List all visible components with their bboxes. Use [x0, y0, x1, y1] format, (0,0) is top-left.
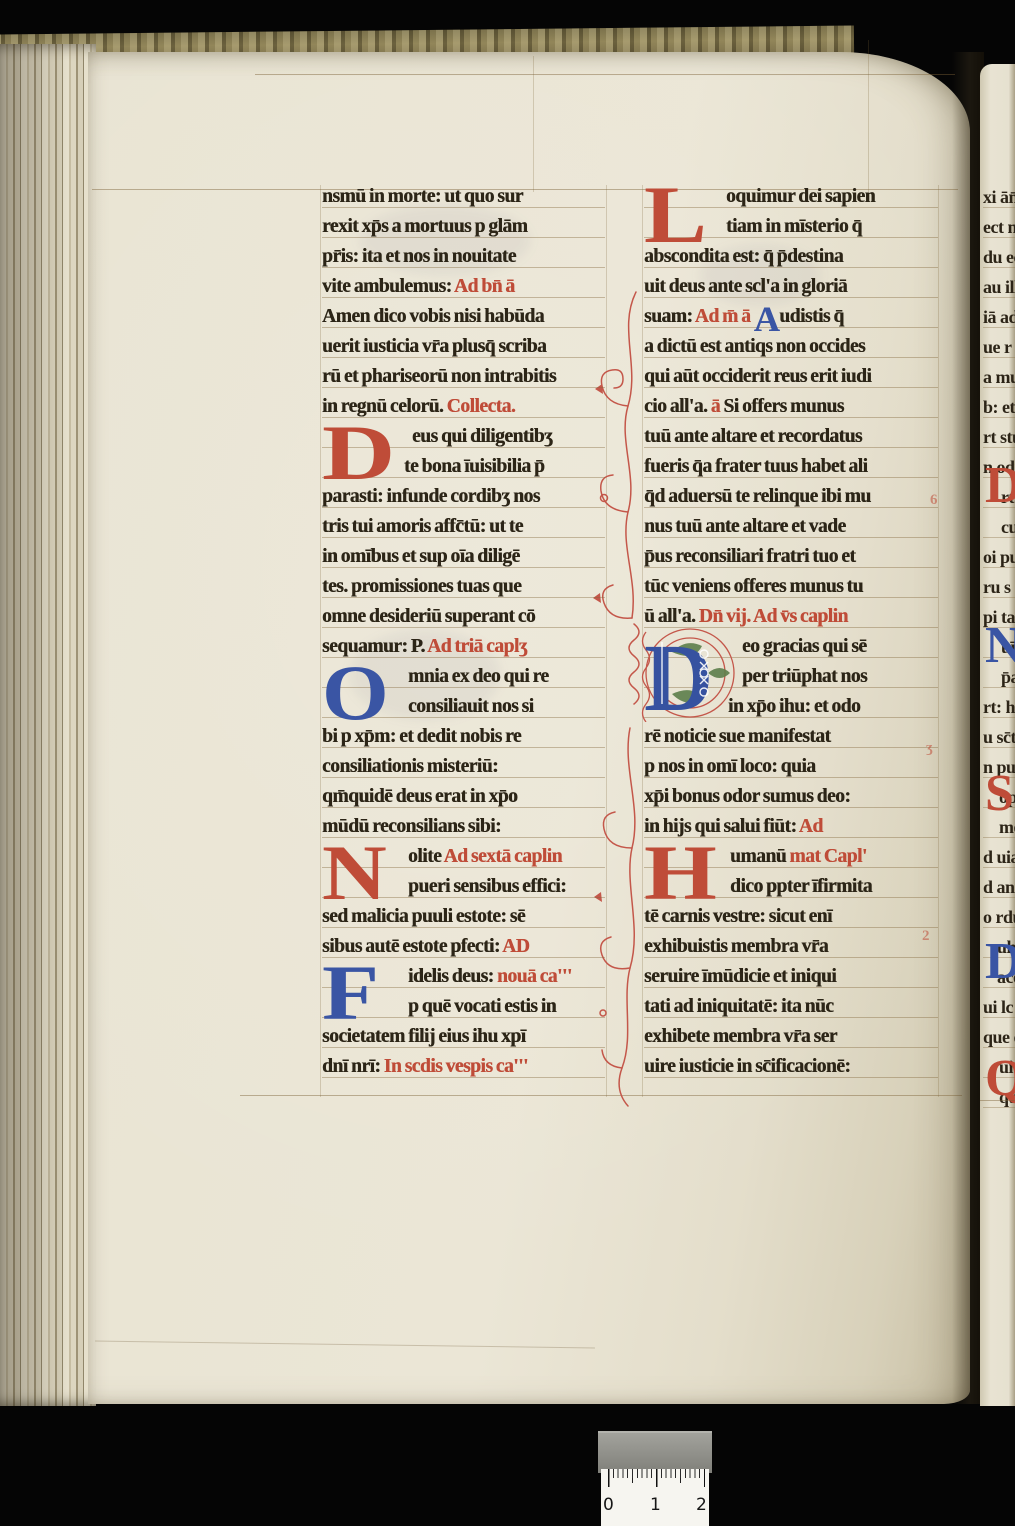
text-segment: dnī nrī: — [322, 1056, 384, 1077]
text-segment: suam: — [644, 306, 695, 327]
facing-initial-N: N — [985, 620, 1015, 672]
manuscript-text-line: uit deus ante scl'a in gloriā — [644, 272, 938, 302]
illuminated-initial-D: D — [322, 414, 395, 492]
facing-initial-Q: Q — [985, 1053, 1015, 1105]
manuscript-text-line: uerit iusticia vr̄a plusq̄ scriba — [322, 332, 605, 362]
text-segment: exhibete membra vr̄a ser — [644, 1026, 837, 1047]
text-segment: nus tuū ante altare et vade — [644, 516, 846, 537]
text-segment: uit deus ante scl'a in gloriā — [644, 276, 847, 297]
manuscript-text-line: qm̄quidē deus erat in xp̄o — [322, 782, 605, 812]
text-segment: dico ppter īfirmita — [730, 876, 872, 897]
facing-text-fragment: d uia cm — [983, 842, 1015, 872]
facing-initial-S: S — [985, 768, 1013, 820]
facing-bottom-rule — [980, 1100, 1015, 1101]
text-segment: rū et phariseorū non intrabitis — [322, 366, 556, 387]
facing-text-fragment: rt studio — [983, 422, 1015, 452]
manuscript-text-line: tuū ante altare et recordatus — [644, 422, 938, 452]
facing-page-strip: xi ān̄d aect nū uhdu ectū cōau illus uoi… — [980, 64, 1015, 1406]
illuminated-initial-F: F — [322, 954, 379, 1032]
facing-text-fragment: a muio — [983, 362, 1015, 392]
text-segment: AD — [502, 936, 529, 957]
text-segment: consiliationis misteriū: — [322, 756, 498, 777]
text-segment: rexit xp̄s a mortuus p glām — [322, 216, 527, 237]
text-segment: Ad m̄ ā — [695, 306, 754, 327]
right-text-column: D oquimur dei sapientiam in mīsterio q̄a… — [644, 182, 938, 1082]
manuscript-text-line: tūc veniens offeres munus tu — [644, 572, 938, 602]
text-segment: xp̄i bonus odor sumus deo: — [644, 786, 850, 807]
text-segment: oquimur dei sapien — [726, 186, 875, 207]
text-segment: Ad bn̄ ā — [454, 276, 515, 297]
facing-text-fragment: ui lc — [983, 992, 1015, 1022]
manuscript-text-line: seruire īmūdicie et iniqui — [644, 962, 938, 992]
facing-text-fragment: rt: heb — [983, 692, 1015, 722]
column-rule — [938, 185, 939, 1097]
text-segment: p quē vocati estis in — [408, 996, 556, 1017]
text-segment: Amen dico vobis nisi habūda — [322, 306, 544, 327]
text-segment: seruire īmūdicie et iniqui — [644, 966, 836, 987]
manuscript-text-line: vite ambulemus: Ad bn̄ ā — [322, 272, 605, 302]
facing-text-fragment: d anid: s — [983, 872, 1015, 902]
text-segment: uerit iusticia vr̄a plusq̄ scriba — [322, 336, 546, 357]
text-segment: uire iusticie in sc̄ificacionē: — [644, 1056, 850, 1077]
text-segment: qm̄quidē deus erat in xp̄o — [322, 786, 517, 807]
text-segment: tris tui amoris affc̄tū: ut te — [322, 516, 523, 537]
manuscript-text-line: pr̄is: ita et nos in nouitate — [322, 242, 605, 272]
manuscript-text-line: q̄d aduersū te relinque ibi mu — [644, 482, 938, 512]
page-stack-edges — [0, 44, 96, 1406]
manuscript-text-line: rē noticie sue manifestat — [644, 722, 938, 752]
text-segment: eus qui diligentibʒ — [412, 426, 553, 447]
manuscript-text-line: p̄us reconsiliari fratri tuo et — [644, 542, 938, 572]
ruler-cm-ticks — [608, 1469, 705, 1487]
manuscript-text-line: in omībus et sup oīa diligē — [322, 542, 605, 572]
text-segment: rē noticie sue manifestat — [644, 726, 831, 747]
ruler-label-0: 0 — [603, 1495, 614, 1515]
text-segment: vite ambulemus: — [322, 276, 454, 297]
manuscript-text-line: exhibuistis membra vr̄a — [644, 932, 938, 962]
manuscript-text-line: rū et phariseorū non intrabitis — [322, 362, 605, 392]
facing-text-fragment: b: et nuo — [983, 392, 1015, 422]
manuscript-text-line: dnī nrī: In scdis vespis ca''' — [322, 1052, 605, 1082]
text-segment: In scdis vespis ca''' — [384, 1056, 528, 1077]
text-segment: p nos in omī loco: quia — [644, 756, 816, 777]
facing-text-fragment: au illus uo — [983, 272, 1015, 302]
text-segment: pr̄is: ita et nos in nouitate — [322, 246, 516, 267]
facing-text-fragment: cu — [983, 512, 1015, 542]
text-segment: eo gracias qui sē — [742, 636, 866, 657]
text-segment: Ad — [799, 816, 823, 837]
manuscript-text-line: suam: Ad m̄ ā Audistis q̄ — [644, 302, 938, 332]
manuscript-photo: nsmū in morte: ut quo surrexit xp̄s a mo… — [0, 0, 1015, 1526]
text-segment: Ad sextā caplin — [444, 846, 562, 867]
manuscript-text-line: tati ad iniquitatē: ita nūc — [644, 992, 938, 1022]
text-segment: omne desideriū superant cō — [322, 606, 535, 627]
facing-text-fragment: du ectū cō — [983, 242, 1015, 272]
margin-pen-mark: 6 — [930, 492, 938, 509]
facing-initial-D: D — [985, 460, 1015, 512]
ruler-label-1: 1 — [650, 1495, 661, 1515]
manuscript-text-line: nsmū in morte: ut quo sur — [322, 182, 605, 212]
text-segment: Ad triā caplʒ — [427, 636, 527, 657]
facing-text-fragment: u sc̄taem — [983, 722, 1015, 752]
illuminated-initial-O: O — [322, 654, 388, 732]
text-segment: tūc veniens offeres munus tu — [644, 576, 863, 597]
text-segment: idelis deus: — [408, 966, 497, 987]
ruler-card — [598, 1431, 712, 1473]
text-segment: in omībus et sup oīa diligē — [322, 546, 520, 567]
text-segment: tiam in mīsterio q̄ — [726, 216, 862, 237]
manuscript-text-line: Amen dico vobis nisi habūda — [322, 302, 605, 332]
manuscript-text-line: qui aūt occiderit reus erit iudi — [644, 362, 938, 392]
scale-ruler: 0 1 2 — [601, 1469, 709, 1526]
facing-text-fragment: xi ān̄d a — [983, 182, 1015, 212]
manuscript-text-line: nus tuū ante altare et vade — [644, 512, 938, 542]
decorated-initial-d: D — [638, 624, 742, 722]
text-segment: p̄us reconsiliari fratri tuo et — [644, 546, 855, 567]
column-rule — [320, 185, 321, 1097]
facing-text-fragment: o rduo — [983, 902, 1015, 932]
manuscript-text-line: a dictū est antiqs non occides — [644, 332, 938, 362]
illuminated-initial-L: L — [644, 174, 706, 256]
facing-text-fragment: que d — [983, 1022, 1015, 1052]
text-segment: umanū — [730, 846, 789, 867]
manuscript-text-line: fueris q̄a frater tuus habet ali — [644, 452, 938, 482]
text-segment: Si offers munus — [723, 396, 844, 417]
vertical-crease-left — [533, 56, 534, 192]
manuscript-text-line: exhibete membra vr̄a ser — [644, 1022, 938, 1052]
facing-text-fragment: ue r q̄d iu — [983, 332, 1015, 362]
facing-page-text: xi ān̄d aect nū uhdu ectū cōau illus uoi… — [983, 182, 1015, 1112]
text-segment: pueri sensibus effici: — [408, 876, 566, 897]
text-segment: tati ad iniquitatē: ita nūc — [644, 996, 833, 1017]
left-text-column: nsmū in morte: ut quo surrexit xp̄s a mo… — [322, 182, 605, 1082]
text-segment: mat Capl' — [789, 846, 866, 867]
vertical-crease-right — [868, 40, 869, 192]
manuscript-text-line: rexit xp̄s a mortuus p glām — [322, 212, 605, 242]
manuscript-text-line: p nos in omī loco: quia — [644, 752, 938, 782]
top-margin-rule — [255, 74, 955, 75]
manuscript-text-line: omne desideriū superant cō — [322, 602, 605, 632]
text-segment: udistis q̄ — [779, 306, 843, 327]
text-segment: fueris q̄a frater tuus habet ali — [644, 456, 867, 477]
facing-initial-D: D — [985, 936, 1015, 988]
text-segment: cio all'a. — [644, 396, 711, 417]
margin-pen-mark: ʒ — [926, 740, 933, 757]
text-segment: tes. promissiones tuas que — [322, 576, 521, 597]
manuscript-text-line: tes. promissiones tuas que — [322, 572, 605, 602]
facing-text-fragment: oi punū i — [983, 542, 1015, 572]
text-segment: nsmū in morte: ut quo sur — [322, 186, 523, 207]
manuscript-text-line: consiliationis misteriū: — [322, 752, 605, 782]
manuscript-text-line: xp̄i bonus odor sumus deo: — [644, 782, 938, 812]
manuscript-text-line: cio all'a. ā Si offers munus — [644, 392, 938, 422]
manuscript-text-line: uire iusticie in sc̄ificacionē: — [644, 1052, 938, 1082]
text-segment: consiliauit nos si — [408, 696, 534, 717]
facing-text-fragment: iā aduo lu — [983, 302, 1015, 332]
text-segment: q̄d aduersū te relinque ibi mu — [644, 486, 871, 507]
facing-text-fragment: ect nū uh — [983, 212, 1015, 242]
decorated-initial-letter: D — [644, 624, 713, 722]
illuminated-initial-N: N — [322, 834, 386, 912]
text-segment: tuū ante altare et recordatus — [644, 426, 862, 447]
text-segment: mnia ex deo qui re — [408, 666, 548, 687]
illuminated-initial-H: H — [644, 834, 716, 912]
ruler-label-2: 2 — [696, 1495, 707, 1515]
text-segment: qui aūt occiderit reus erit iudi — [644, 366, 871, 387]
manuscript-text-line: tris tui amoris affc̄tū: ut te — [322, 512, 605, 542]
facing-text-fragment: ru s amo — [983, 572, 1015, 602]
text-segment: per triūphat nos — [742, 666, 867, 687]
text-segment: te bona īuisibilia p̄ — [404, 456, 544, 477]
text-segment: in xp̄o ihu: et odo — [728, 696, 860, 717]
text-segment: olite — [408, 846, 444, 867]
text-segment: Collecta. — [447, 396, 516, 417]
text-segment: exhibuistis membra vr̄a — [644, 936, 828, 957]
margin-pen-mark: 2 — [922, 928, 930, 945]
text-segment: a dictū est antiqs non occides — [644, 336, 865, 357]
text-segment: nouā ca''' — [497, 966, 572, 987]
text-segment: ā — [711, 396, 724, 417]
